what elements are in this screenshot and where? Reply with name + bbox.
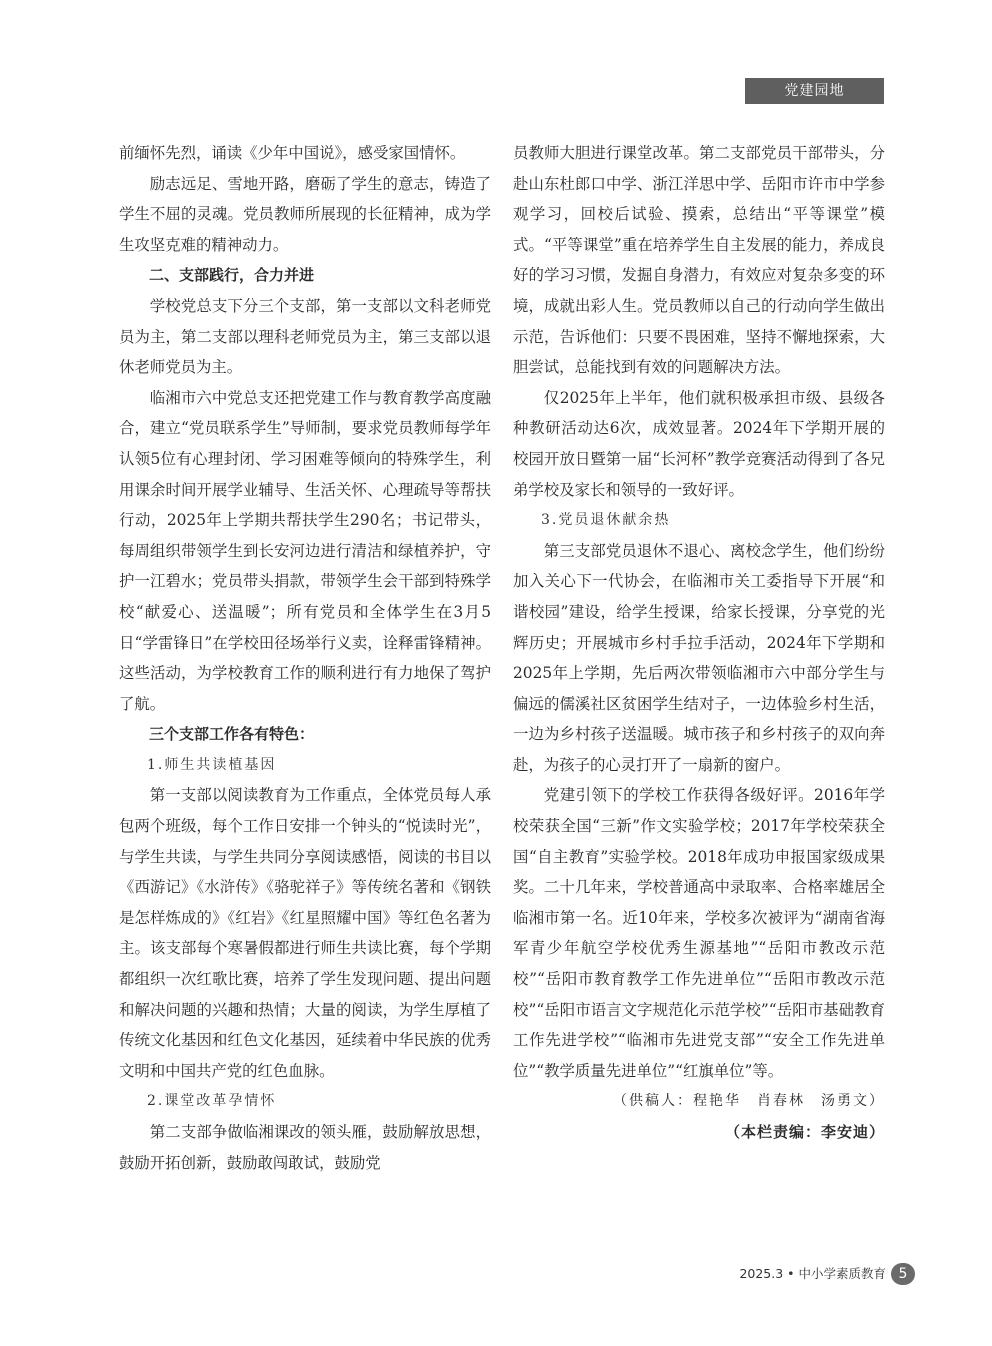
paragraph: 员教师大胆进行课堂改革。第二支部党员干部带头，分赴山东杜郎口中学、浙江洋思中学、… <box>513 138 885 383</box>
section-tab: 党建园地 <box>745 78 884 104</box>
paragraph: 仅2025年上半年，他们就积极承担市级、县级各种教研活动达6次，成效显著。202… <box>513 383 885 505</box>
page-number-badge: 5 <box>891 1263 915 1285</box>
subheading: 2.课堂改革孕情怀 <box>119 1086 491 1117</box>
section-heading: 二、支部践行，合力并进 <box>119 260 491 291</box>
paragraph: 第二支部争做临湘课改的领头雁，鼓励解放思想，鼓励开拓创新，鼓励敢闯敢试，鼓励党 <box>119 1117 491 1178</box>
subheading: 3.党员退休献余热 <box>513 505 885 536</box>
features-heading: 三个支部工作各有特色： <box>119 719 491 750</box>
subheading: 1.师生共读植基因 <box>119 750 491 781</box>
paragraph: 前缅怀先烈，诵读《少年中国说》，感受家国情怀。 <box>119 138 491 169</box>
right-column: 员教师大胆进行课堂改革。第二支部党员干部带头，分赴山东杜郎口中学、浙江洋思中学、… <box>513 138 885 1148</box>
paragraph: 第一支部以阅读教育为工作重点，全体党员每人承包两个班级，每个工作日安排一个钟头的… <box>119 780 491 1086</box>
paragraph: 第三支部党员退休不退心、离校念学生，他们纷纷加入关心下一代协会，在临湘市关工委指… <box>513 536 885 781</box>
paragraph: 临湘市六中党总支还把党建工作与教育教学高度融合，建立“党员联系学生”导师制，要求… <box>119 383 491 720</box>
left-column: 前缅怀先烈，诵读《少年中国说》，感受家国情怀。 励志远足、雪地开路，磨砺了学生的… <box>119 138 491 1178</box>
issue-footer: 2025.3 • 中小学素质教育 <box>700 1264 886 1284</box>
column-editor: （本栏责编：李安迪） <box>513 1117 885 1148</box>
paragraph: 党建引领下的学校工作获得各级好评。2016年学校荣获全国“三新”作文实验学校；2… <box>513 780 885 1086</box>
paragraph: 学校党总支下分三个支部，第一支部以文科老师党员为主，第二支部以理科老师党员为主，… <box>119 291 491 383</box>
contributor-credit: （供稿人：程艳华 肖春林 汤勇文） <box>513 1086 885 1117</box>
paragraph: 励志远足、雪地开路，磨砺了学生的意志，铸造了学生不屈的灵魂。党员教师所展现的长征… <box>119 169 491 261</box>
